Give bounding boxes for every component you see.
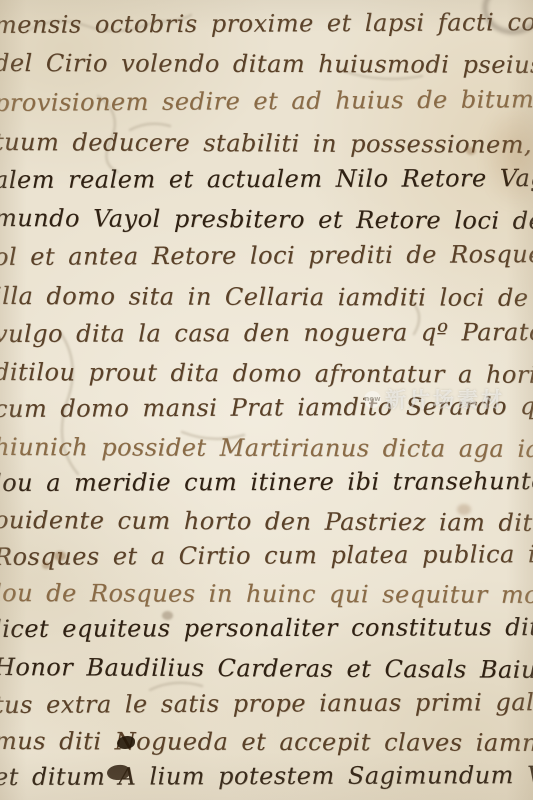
manuscript-line: Honor Baudilius Carderas et Casals Baiul… [0, 650, 533, 687]
manuscript-line: mus diti Nogueda et accepit claves iamna… [0, 724, 533, 760]
manuscript-line: tuum deducere stabiliti in possessionem,… [0, 125, 533, 162]
manuscript-line: alem realem et actualem Nilo Retore Vagi [0, 161, 533, 197]
manuscript-line: ol et antea Retore loci prediti de Rosqu… [0, 237, 533, 274]
manuscript-line: vulgo dita la casa den noguera qº Parato… [0, 315, 533, 351]
manuscript-page: mensis octobris proxime et lapsi facti c… [0, 0, 533, 800]
manuscript-line: del Cirio volendo ditam huiusmodi pseius… [0, 46, 533, 82]
manuscript-line: hiunich possidet Martirianus dicta aga i… [0, 430, 533, 466]
manuscript-line: cum domo mansi Prat iamdito Serardo qui [0, 389, 533, 426]
manuscript-line: mensis octobris proxime et lapsi facti c… [0, 5, 533, 42]
manuscript-line: et ditum A lium potestem Sagimundum Vi [0, 758, 533, 794]
manuscript-line: ouidente cum horto den Pastriez iam diti… [0, 503, 533, 540]
manuscript-line: licet equiteus personaliter constitutus … [0, 610, 533, 646]
manuscript-line: provisionem sedire et ad huius de bitum … [0, 82, 533, 120]
manuscript-line: lou a meridie cum itinere ibi transehunt… [0, 464, 533, 500]
manuscript-line: ditilou prout dita domo afrontatur a hor… [0, 355, 533, 392]
manuscript-line: mundo Vayol presbitero et Retore loci de… [0, 201, 533, 238]
manuscript-line: lou de Rosques in huinc qui sequitur mod… [0, 576, 533, 612]
manuscript-line: tus extra le satis prope ianuas primi ga… [0, 685, 533, 722]
manuscript-line: Rosques et a Cirtio cum platea publica i… [0, 537, 533, 574]
manuscript-line: illa domo sita in Cellaria iamditi loci … [0, 279, 533, 315]
